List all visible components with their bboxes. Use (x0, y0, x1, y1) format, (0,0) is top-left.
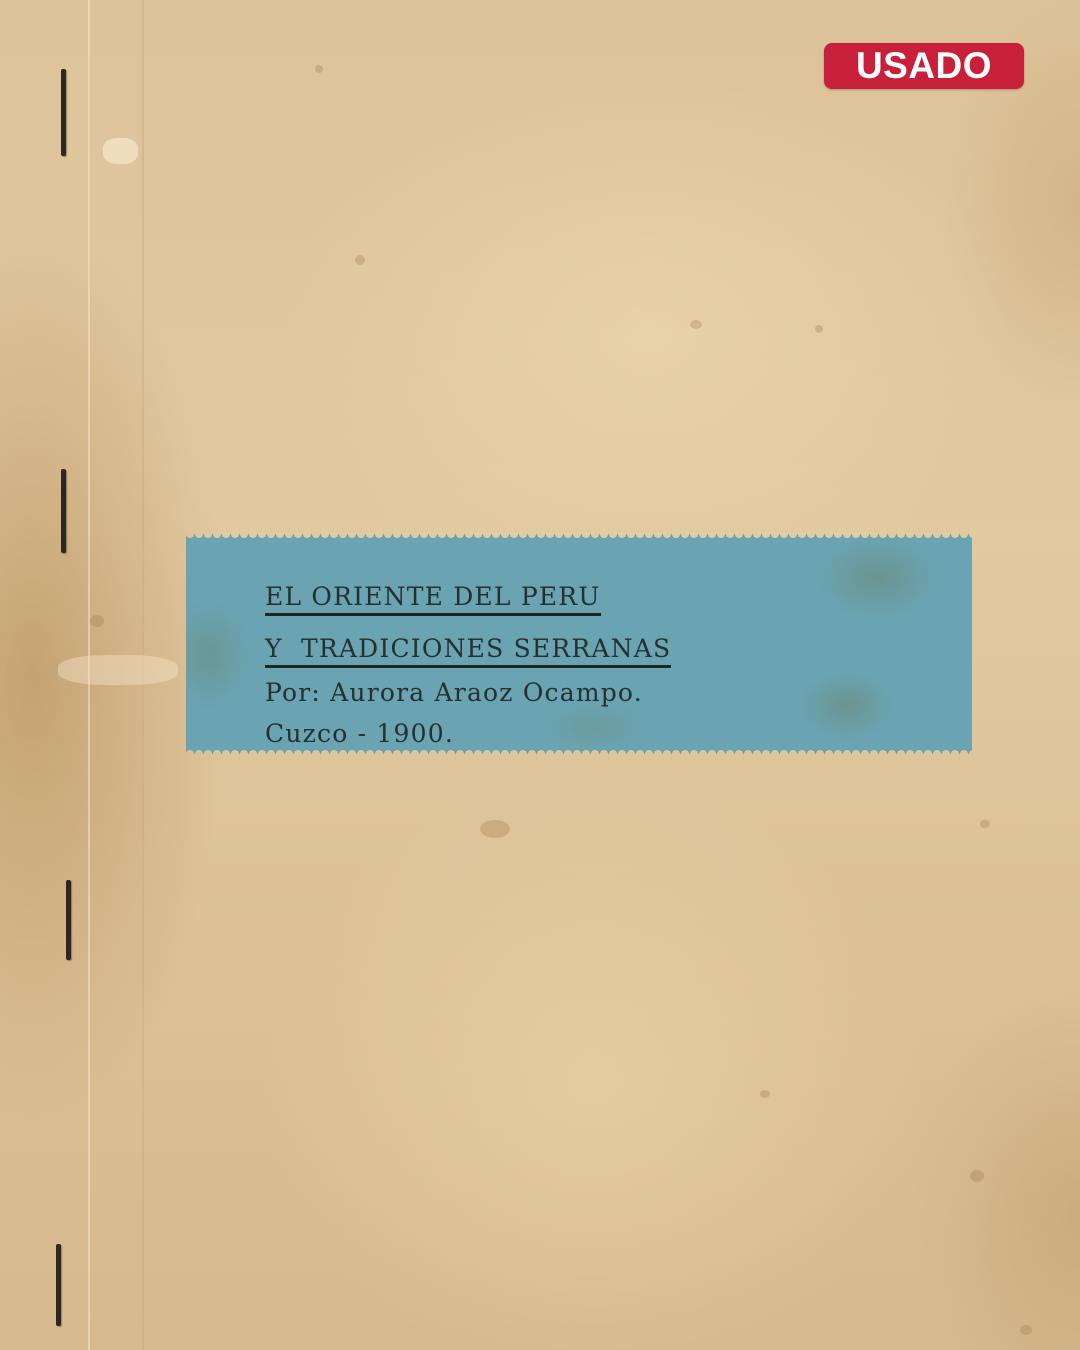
condition-badge: USADO (824, 43, 1024, 89)
author-line: Por: Aurora Araoz Ocampo. (265, 672, 671, 713)
place-year-line: Cuzco - 1900. (265, 713, 671, 754)
label-text-block: EL ORIENTE DEL PERU Y TRADICIONES SERRAN… (265, 578, 671, 754)
foxing-spot (690, 320, 702, 329)
foxing-spot (760, 1090, 770, 1098)
title-line-2: Y TRADICIONES SERRANAS (265, 634, 671, 668)
staple-icon (61, 469, 66, 553)
foxing-spot (480, 820, 510, 838)
title-line: EL ORIENTE DEL PERU (265, 578, 671, 632)
foxing-spot (1020, 1325, 1032, 1335)
worn-patch (103, 138, 138, 164)
staple-icon (66, 880, 71, 960)
foxing-spot (90, 615, 104, 627)
subtitle-line: Y TRADICIONES SERRANAS (265, 632, 671, 672)
staple-icon (56, 1244, 61, 1326)
title-label: EL ORIENTE DEL PERU Y TRADICIONES SERRAN… (186, 534, 972, 754)
foxing-spot (980, 820, 990, 828)
book-cover: EL ORIENTE DEL PERU Y TRADICIONES SERRAN… (0, 0, 1080, 1350)
worn-patch (58, 655, 178, 685)
foxing-spot (355, 255, 365, 265)
foxing-spot (970, 1170, 984, 1182)
staple-icon (61, 69, 66, 156)
foxing-spot (315, 65, 323, 73)
title-line-1: EL ORIENTE DEL PERU (265, 582, 601, 616)
foxing-spot (815, 325, 823, 333)
